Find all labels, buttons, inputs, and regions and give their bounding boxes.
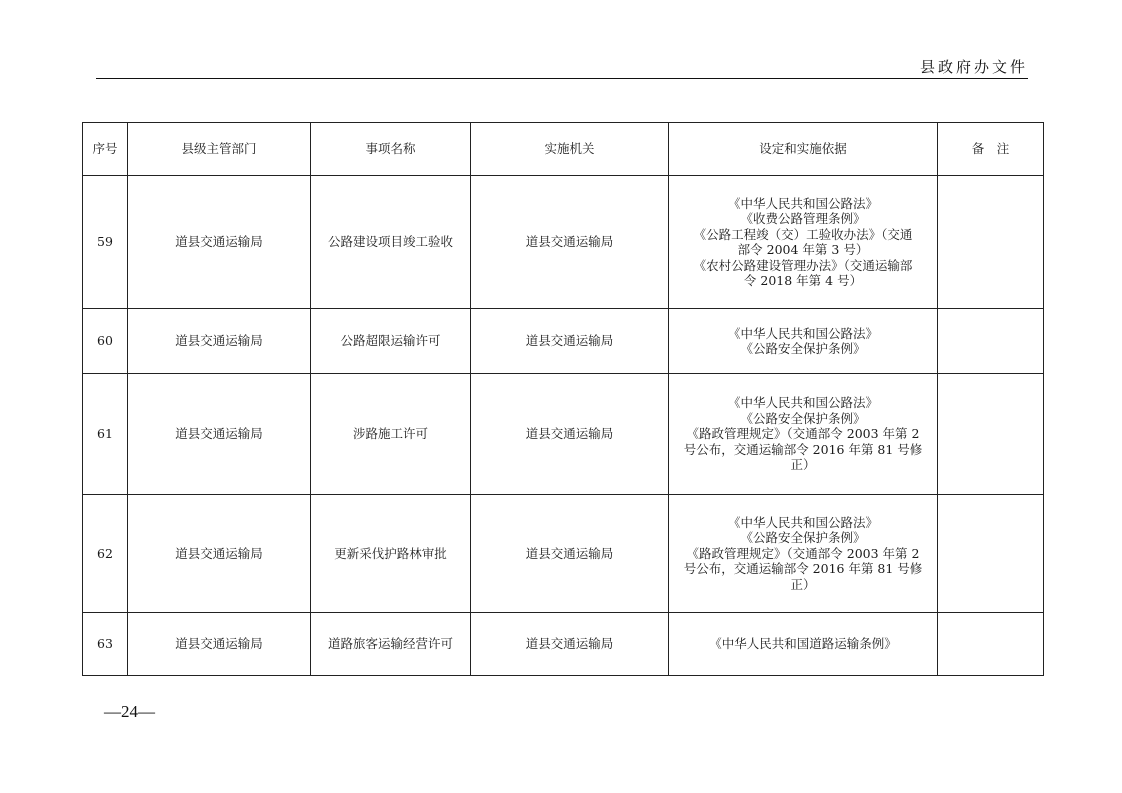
- cell-basis: 《中华人民共和国公路法》 《公路安全保护条例》 《路政管理规定》（交通部令 20…: [669, 374, 938, 495]
- basis-line: 《中华人民共和国公路法》: [673, 395, 933, 411]
- cell-item: 更新采伐护路林审批: [311, 495, 471, 613]
- cell-remark: [938, 176, 1044, 309]
- basis-line: 正）: [673, 457, 933, 473]
- cell-no: 61: [83, 374, 128, 495]
- column-header-basis: 设定和实施依据: [669, 123, 938, 176]
- cell-no: 60: [83, 309, 128, 374]
- basis-line: 《农村公路建设管理办法》（交通运输部: [673, 258, 933, 274]
- cell-remark: [938, 374, 1044, 495]
- table-row: 61 道县交通运输局 涉路施工许可 道县交通运输局 《中华人民共和国公路法》 《…: [83, 374, 1044, 495]
- basis-line: 《公路安全保护条例》: [673, 411, 933, 427]
- page-number: —24—: [104, 702, 155, 722]
- cell-remark: [938, 495, 1044, 613]
- header-divider: [96, 78, 1028, 79]
- column-header-item: 事项名称: [311, 123, 471, 176]
- table-row: 59 道县交通运输局 公路建设项目竣工验收 道县交通运输局 《中华人民共和国公路…: [83, 176, 1044, 309]
- cell-basis: 《中华人民共和国道路运输条例》: [669, 613, 938, 676]
- cell-department: 道县交通运输局: [128, 374, 311, 495]
- cell-agency: 道县交通运输局: [471, 374, 669, 495]
- cell-item: 道路旅客运输经营许可: [311, 613, 471, 676]
- table-header-row: 序号 县级主管部门 事项名称 实施机关 设定和实施依据 备 注: [83, 123, 1044, 176]
- cell-no: 59: [83, 176, 128, 309]
- cell-no: 62: [83, 495, 128, 613]
- cell-remark: [938, 309, 1044, 374]
- cell-agency: 道县交通运输局: [471, 176, 669, 309]
- column-header-agency: 实施机关: [471, 123, 669, 176]
- cell-agency: 道县交通运输局: [471, 613, 669, 676]
- cell-item: 涉路施工许可: [311, 374, 471, 495]
- cell-agency: 道县交通运输局: [471, 309, 669, 374]
- basis-line: 《公路工程竣（交）工验收办法》（交通: [673, 227, 933, 243]
- cell-basis: 《中华人民共和国公路法》 《收费公路管理条例》 《公路工程竣（交）工验收办法》（…: [669, 176, 938, 309]
- table-row: 62 道县交通运输局 更新采伐护路林审批 道县交通运输局 《中华人民共和国公路法…: [83, 495, 1044, 613]
- cell-agency: 道县交通运输局: [471, 495, 669, 613]
- basis-line: 《路政管理规定》（交通部令 2003 年第 2: [673, 426, 933, 442]
- basis-line: 号公布，交通运输部令 2016 年第 81 号修: [673, 561, 933, 577]
- basis-line: 令 2018 年第 4 号）: [673, 273, 933, 289]
- column-header-remark: 备 注: [938, 123, 1044, 176]
- basis-line: 《中华人民共和国公路法》: [673, 515, 933, 531]
- cell-department: 道县交通运输局: [128, 613, 311, 676]
- basis-line: 《中华人民共和国公路法》: [673, 196, 933, 212]
- basis-line: 号公布，交通运输部令 2016 年第 81 号修: [673, 442, 933, 458]
- basis-line: 《收费公路管理条例》: [673, 211, 933, 227]
- administrative-items-table: 序号 县级主管部门 事项名称 实施机关 设定和实施依据 备 注 59 道县交通运…: [82, 122, 1044, 676]
- cell-department: 道县交通运输局: [128, 495, 311, 613]
- document-header-title: 县政府办文件: [900, 56, 1028, 77]
- basis-line: 《公路安全保护条例》: [673, 341, 933, 357]
- table-row: 63 道县交通运输局 道路旅客运输经营许可 道县交通运输局 《中华人民共和国道路…: [83, 613, 1044, 676]
- basis-line: 《中华人民共和国道路运输条例》: [673, 636, 933, 652]
- column-header-no: 序号: [83, 123, 128, 176]
- cell-basis: 《中华人民共和国公路法》 《公路安全保护条例》: [669, 309, 938, 374]
- cell-remark: [938, 613, 1044, 676]
- cell-department: 道县交通运输局: [128, 176, 311, 309]
- cell-basis: 《中华人民共和国公路法》 《公路安全保护条例》 《路政管理规定》（交通部令 20…: [669, 495, 938, 613]
- basis-line: 《路政管理规定》（交通部令 2003 年第 2: [673, 546, 933, 562]
- column-header-department: 县级主管部门: [128, 123, 311, 176]
- cell-no: 63: [83, 613, 128, 676]
- cell-item: 公路超限运输许可: [311, 309, 471, 374]
- table-row: 60 道县交通运输局 公路超限运输许可 道县交通运输局 《中华人民共和国公路法》…: [83, 309, 1044, 374]
- basis-line: 正）: [673, 577, 933, 593]
- cell-department: 道县交通运输局: [128, 309, 311, 374]
- basis-line: 部令 2004 年第 3 号）: [673, 242, 933, 258]
- basis-line: 《公路安全保护条例》: [673, 530, 933, 546]
- cell-item: 公路建设项目竣工验收: [311, 176, 471, 309]
- basis-line: 《中华人民共和国公路法》: [673, 326, 933, 342]
